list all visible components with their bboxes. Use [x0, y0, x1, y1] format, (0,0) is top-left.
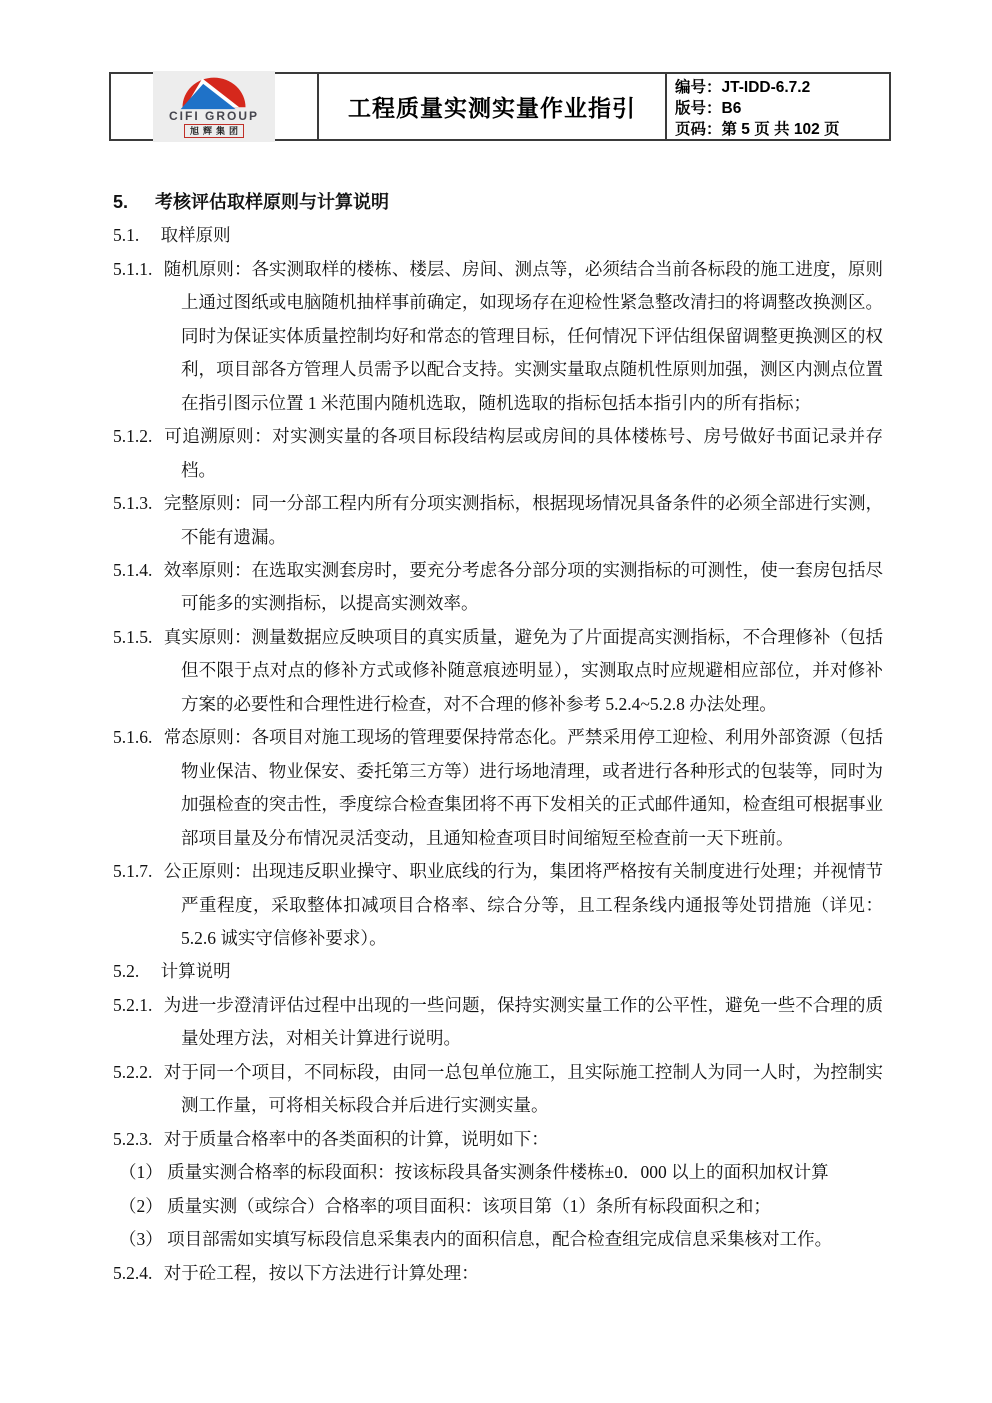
clause-text: 质量实测（或综合）合格率的项目面积：该项目第（1）条所有标段面积之和；	[167, 1196, 771, 1216]
clause-number: 5.2.	[113, 961, 139, 981]
clause-text: 公正原则：出现违反职业操守、职业底线的行为，集团将严格按有关制度进行处理；并视情…	[164, 861, 883, 948]
clause-text: 项目部需如实填写标段信息采集表内的面积信息，配合检查组完成信息采集核对工作。	[167, 1229, 832, 1249]
clause-5-1-4: 5.1.4. 效率原则：在选取实测套房时，要充分考虑各分部分项的实测指标的可测性…	[113, 554, 883, 621]
clause-text: 效率原则：在选取实测套房时，要充分考虑各分部分项的实测指标的可测性，使一套房包括…	[164, 560, 883, 613]
clause-text: 对于质量合格率中的各类面积的计算，说明如下：	[164, 1129, 549, 1149]
subsection-5-1: 5.1. 取样原则	[113, 219, 883, 252]
sub-item-3: （3） 项目部需如实填写标段信息采集表内的面积信息，配合检查组完成信息采集核对工…	[113, 1223, 883, 1256]
clause-number: （3）	[119, 1229, 163, 1249]
clause-text: 完整原则：同一分部工程内所有分项实测指标，根据现场情况具备条件的必须全部进行实测…	[164, 493, 883, 546]
clause-5-1-7: 5.1.7. 公正原则：出现违反职业操守、职业底线的行为，集团将严格按有关制度进…	[113, 855, 883, 955]
clause-text: 为进一步澄清评估过程中出现的一些问题，保持实测实量工作的公平性，避免一些不合理的…	[164, 995, 883, 1048]
clause-5-2-2: 5.2.2. 对于同一个项目，不同标段，由同一总包单位施工，且实际施工控制人为同…	[113, 1056, 883, 1123]
logo-chinese-name: 旭辉集团	[184, 124, 244, 138]
clause-text: 对于砼工程，按以下方法进行计算处理：	[164, 1263, 479, 1283]
section-heading-number: 5.	[113, 192, 128, 212]
clause-number: 5.1.6.	[113, 727, 152, 747]
clause-5-1-1: 5.1.1. 随机原则：各实测取样的楼栋、楼层、房间、测点等，必须结合当前各标段…	[113, 253, 883, 420]
cifi-logo-mark-icon	[176, 74, 252, 110]
sub-item-1: （1） 质量实测合格率的标段面积：按该标段具备实测条件楼栋±0．000 以上的面…	[113, 1156, 883, 1189]
clause-text: 对于同一个项目，不同标段，由同一总包单位施工，且实际施工控制人为同一人时，为控制…	[164, 1062, 883, 1115]
clause-text: 计算说明	[161, 961, 231, 981]
sub-item-2: （2） 质量实测（或综合）合格率的项目面积：该项目第（1）条所有标段面积之和；	[113, 1190, 883, 1223]
section-heading: 5. 考核评估取样原则与计算说明	[113, 186, 883, 219]
clause-text: 取样原则	[161, 225, 231, 245]
doc-number: 编号：JT-IDD-6.7.2	[675, 77, 883, 98]
clause-number: （2）	[119, 1196, 163, 1216]
clause-number: 5.1.5.	[113, 627, 152, 647]
clause-text: 质量实测合格率的标段面积：按该标段具备实测条件楼栋±0．000 以上的面积加权计…	[167, 1162, 828, 1182]
header-title-cell: 工程质量实测实量作业指引	[319, 74, 667, 139]
clause-number: 5.1.1.	[113, 259, 152, 279]
clause-5-1-3: 5.1.3. 完整原则：同一分部工程内所有分项实测指标，根据现场情况具备条件的必…	[113, 487, 883, 554]
clause-number: 5.1.4.	[113, 560, 152, 580]
clause-number: 5.1.7.	[113, 861, 152, 881]
clause-5-2-3: 5.2.3. 对于质量合格率中的各类面积的计算，说明如下：	[113, 1123, 883, 1156]
document-title: 工程质量实测实量作业指引	[348, 90, 636, 123]
clause-number: 5.1.	[113, 225, 139, 245]
cifi-logo: CIFI GROUP 旭辉集团	[153, 71, 275, 142]
section-heading-text: 考核评估取样原则与计算说明	[155, 192, 389, 212]
clause-5-1-6: 5.1.6. 常态原则：各项目对施工现场的管理要保持常态化。严禁采用停工迎检、利…	[113, 721, 883, 855]
clause-number: 5.2.1.	[113, 995, 152, 1015]
clause-text: 可追溯原则：对实测实量的各项目标段结构层或房间的具体楼栋号、房号做好书面记录并存…	[164, 426, 883, 479]
document-page: CIFI GROUP 旭辉集团 工程质量实测实量作业指引 编号：JT-IDD-6…	[0, 0, 992, 1403]
clause-5-2-4: 5.2.4. 对于砼工程，按以下方法进行计算处理：	[113, 1257, 883, 1290]
clause-number: 5.1.2.	[113, 426, 152, 446]
clause-5-1-2: 5.1.2. 可追溯原则：对实测实量的各项目标段结构层或房间的具体楼栋号、房号做…	[113, 420, 883, 487]
subsection-5-2: 5.2. 计算说明	[113, 955, 883, 988]
doc-version: 版号：B6	[675, 98, 883, 119]
document-body: 5. 考核评估取样原则与计算说明 5.1. 取样原则 5.1.1. 随机原则：各…	[113, 186, 883, 1290]
clause-5-2-1: 5.2.1. 为进一步澄清评估过程中出现的一些问题，保持实测实量工作的公平性，避…	[113, 989, 883, 1056]
clause-text: 随机原则：各实测取样的楼栋、楼层、房间、测点等，必须结合当前各标段的施工进度，原…	[164, 259, 883, 413]
document-header-table: CIFI GROUP 旭辉集团 工程质量实测实量作业指引 编号：JT-IDD-6…	[109, 72, 891, 141]
clause-5-1-5: 5.1.5. 真实原则：测量数据应反映项目的真实质量，避免为了片面提高实测指标，…	[113, 621, 883, 721]
logo-english-name: CIFI GROUP	[169, 110, 259, 123]
header-info-cell: 编号：JT-IDD-6.7.2 版号：B6 页码：第 5 页 共 102 页	[667, 74, 889, 139]
doc-page-number: 页码：第 5 页 共 102 页	[675, 119, 883, 140]
header-logo-cell: CIFI GROUP 旭辉集团	[111, 74, 319, 139]
clause-number: 5.2.3.	[113, 1129, 152, 1149]
clause-number: 5.1.3.	[113, 493, 152, 513]
clause-number: 5.2.2.	[113, 1062, 152, 1082]
clause-number: 5.2.4.	[113, 1263, 152, 1283]
clause-number: （1）	[119, 1162, 163, 1182]
clause-text: 真实原则：测量数据应反映项目的真实质量，避免为了片面提高实测指标，不合理修补（包…	[164, 627, 883, 714]
clause-text: 常态原则：各项目对施工现场的管理要保持常态化。严禁采用停工迎检、利用外部资源（包…	[164, 727, 883, 847]
